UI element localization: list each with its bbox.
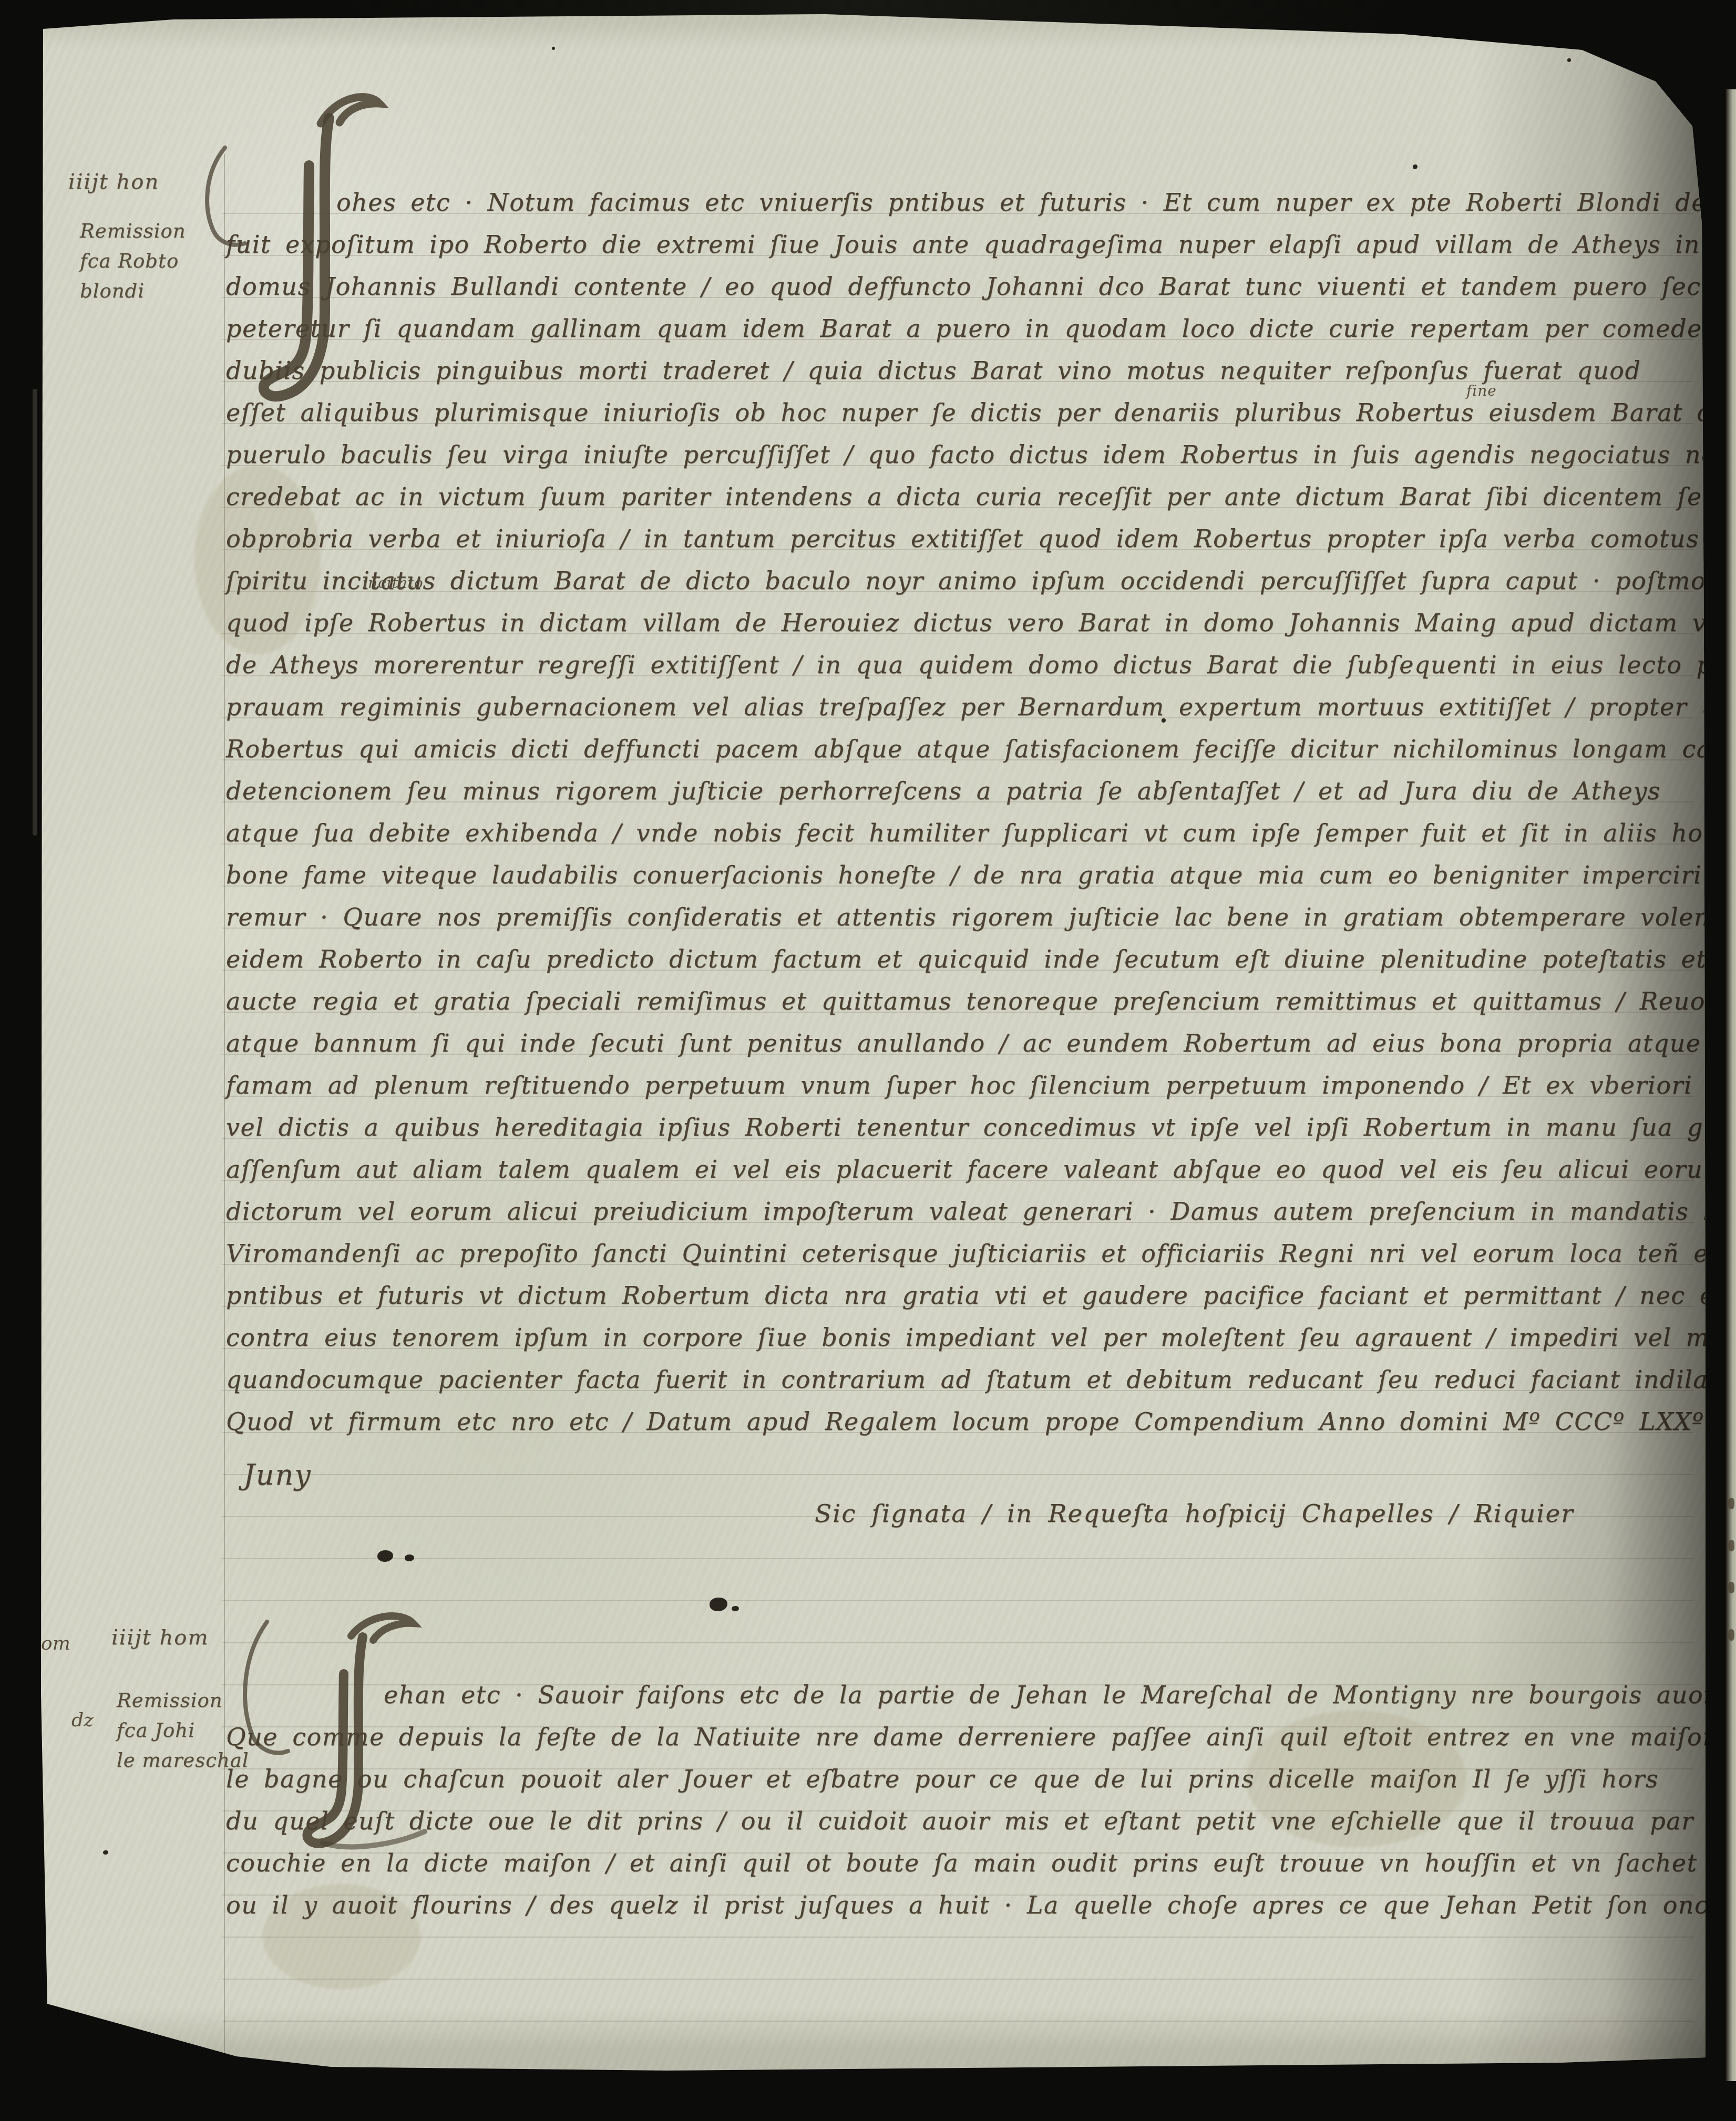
manuscript-text-line: pntibus et futuris vt dictum Robertum di…: [226, 1274, 1698, 1316]
manuscript-text-line: vel dictis a quibus hereditagia ipſius R…: [226, 1106, 1698, 1148]
ink-blot: [710, 1598, 727, 1611]
ink-blot: [103, 1850, 108, 1855]
manuscript-text-line: obprobria verba et iniurioſa / in tantum…: [226, 518, 1698, 560]
manuscript-page: iiijt hon Remissionfca Robtoblondi ohes …: [37, 13, 1706, 2071]
manuscript-text-line: Quod vt firmum etc nro etc / Datum apud …: [226, 1401, 1698, 1443]
ink-blot: [405, 1554, 414, 1561]
manuscript-text-line: atque bannum ſi qui inde ſecuti ſunt pen…: [226, 1022, 1698, 1064]
entry2-text-block: ehan etc · Sauoir faiſons etc de la part…: [226, 1674, 1698, 1926]
next-folio-ink-mark: [1728, 1629, 1734, 1641]
manuscript-text-line: quandocumque pacienter facta fuerit in c…: [226, 1358, 1698, 1401]
manuscript-text-line: le bagne ou chaſcun pouoit aler Jouer et…: [226, 1758, 1698, 1800]
entry1-text-block: ohes etc · Notum facimus etc vniuerſis p…: [226, 181, 1698, 1443]
margin-note-number: iiijt hom: [111, 1625, 249, 1650]
manuscript-text-line: ſpiritu incitatus dictum Barat de dicto …: [226, 560, 1698, 602]
manuscript-text-line: aſſenſum aut aliam talem qualem ei vel e…: [226, 1148, 1698, 1190]
manuscript-text-line: bone fame viteque laudabilis conuerſacio…: [226, 854, 1698, 896]
ink-blot: [1567, 58, 1571, 62]
interlinear-addition: incitato: [363, 574, 424, 592]
manuscript-text-line: de Atheys morerentur regreſſi extitiſſen…: [226, 644, 1698, 686]
entry1-date-word: Juny: [243, 1458, 312, 1491]
manuscript-text-line: puerulo baculis ſeu virga iniuſte percuſ…: [226, 434, 1698, 476]
ink-blot: [732, 1606, 739, 1611]
manuscript-text-line: credebat ac in victum ſuum pariter inten…: [226, 476, 1698, 518]
manuscript-text-line: couchie en la dicte maiſon / et ainſi qu…: [226, 1842, 1698, 1884]
manuscript-text-line: remur · Quare nos premiſſis conſideratis…: [226, 896, 1698, 938]
manuscript-text-line: fuit expoſitum ipo Roberto die extremi ſ…: [226, 223, 1698, 265]
manuscript-text-line: quod ipſe Robertus in dictam villam de H…: [226, 602, 1698, 644]
ink-blot: [1413, 164, 1417, 169]
manuscript-text-line: Robertus qui amicis dicti deffuncti pace…: [226, 728, 1698, 770]
manuscript-photograph: { "colors":{"backdrop":"#0c0c0a","parchm…: [0, 0, 1736, 2121]
margin-note-label: Remissionfca Robtoblondi: [80, 216, 186, 306]
manuscript-text-line: peteretur ſi quandam gallinam quam idem …: [226, 307, 1698, 349]
previous-folio-edge: [33, 389, 37, 836]
manuscript-text-line: famam ad plenum reſtituendo perpetuum vn…: [226, 1064, 1698, 1106]
manuscript-text-line: ohes etc · Notum facimus etc vniuerſis p…: [226, 181, 1698, 223]
margin-note-line: blondi: [80, 276, 186, 306]
interlinear-addition: fine: [1466, 382, 1497, 399]
ink-blot: [552, 47, 555, 50]
manuscript-text-line: ehan etc · Sauoir faiſons etc de la part…: [226, 1674, 1698, 1716]
entry1-chancery-signature: Sic ſignata / in Requeſta hoſpicij Chape…: [815, 1499, 1574, 1528]
ink-blot: [377, 1550, 393, 1562]
next-folio-ink-mark: [1728, 1540, 1734, 1551]
manuscript-text-line: dictorum vel eorum alicui preiudicium im…: [226, 1190, 1698, 1232]
manuscript-text-line: prauam regiminis gubernacionem vel alias…: [226, 686, 1698, 728]
manuscript-text-line: ou il y auoit flourins / des quelz il pr…: [226, 1884, 1698, 1926]
next-folio-edge: [1725, 89, 1736, 2081]
manuscript-text-line: contra eius tenorem ipſum in corpore ſiu…: [226, 1316, 1698, 1358]
margin-note-line: Remission: [80, 216, 186, 246]
margin-note-entry1: iiijt hon Remissionfca Robtoblondi: [68, 170, 186, 306]
photograph-backdrop: iiijt hon Remissionfca Robtoblondi ohes …: [0, 0, 1736, 2121]
manuscript-text-line: Que comme depuis la feſte de la Natiuite…: [226, 1716, 1698, 1758]
margin-note-number: iiijt hon: [68, 170, 186, 194]
margin-note-line: fca Robto: [80, 246, 186, 276]
next-folio-ink-mark: [1728, 1582, 1734, 1593]
manuscript-text-line: domus Johannis Bullandi contente / eo qu…: [226, 265, 1698, 307]
margin-side-mark: dz: [71, 1710, 94, 1731]
manuscript-text-line: du quel euſt dicte oue le dit prins / ou…: [226, 1800, 1698, 1842]
next-folio-ink-mark: [1728, 1498, 1734, 1509]
edge-text-fragment: om: [41, 1633, 70, 1654]
margin-ruling-line: [224, 154, 225, 2062]
manuscript-text-line: detencionem ſeu minus rigorem juſticie p…: [226, 770, 1698, 812]
manuscript-text-line: Viromandenſi ac prepoſito ſancti Quintin…: [226, 1232, 1698, 1274]
manuscript-text-line: aucte regia et gratia ſpeciali remiſimus…: [226, 980, 1698, 1022]
manuscript-text-line: atque ſua debite exhibenda / vnde nobis …: [226, 812, 1698, 854]
manuscript-text-line: eidem Roberto in caſu predicto dictum fa…: [226, 938, 1698, 980]
